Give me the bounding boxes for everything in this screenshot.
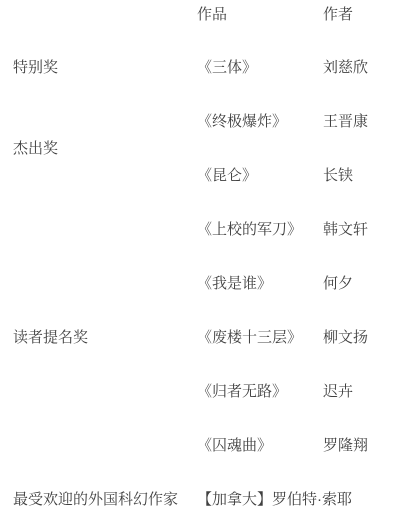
award-label-most-popular-foreign-writer: 最受欢迎的外国科幻作家 <box>0 473 184 527</box>
author-cell: 柳文扬 <box>310 311 405 365</box>
author-cell: 罗隆翔 <box>310 419 405 473</box>
author-cell: 王晋康 <box>310 95 405 149</box>
work-cell: 《昆仑》 <box>184 149 310 203</box>
award-label-outstanding: 杰出奖 <box>0 95 184 203</box>
header-author: 作者 <box>310 0 405 41</box>
table-row: 最受欢迎的外国科幻作家 【加拿大】罗伯特·索耶 <box>0 473 405 527</box>
award-label-reader-nomination: 读者提名奖 <box>0 203 184 473</box>
work-cell: 《囚魂曲》 <box>184 419 310 473</box>
work-cell: 《三体》 <box>184 41 310 95</box>
work-cell: 《终极爆炸》 <box>184 95 310 149</box>
work-cell: 《上校的军刀》 <box>184 203 310 257</box>
table-row: 特别奖 《三体》 刘慈欣 <box>0 41 405 95</box>
header-work: 作品 <box>184 0 310 41</box>
header-award-blank <box>0 0 184 41</box>
work-cell: 《废楼十三层》 <box>184 311 310 365</box>
author-cell: 长铗 <box>310 149 405 203</box>
award-label-special: 特别奖 <box>0 41 184 95</box>
winner-cell: 【加拿大】罗伯特·索耶 <box>184 473 405 527</box>
work-cell: 《我是谁》 <box>184 257 310 311</box>
author-cell: 何夕 <box>310 257 405 311</box>
author-cell: 韩文轩 <box>310 203 405 257</box>
table-row: 读者提名奖 《上校的军刀》 韩文轩 <box>0 203 405 257</box>
work-cell: 《归者无路》 <box>184 365 310 419</box>
table-row: 杰出奖 《终极爆炸》 王晋康 <box>0 95 405 149</box>
author-cell: 迟卉 <box>310 365 405 419</box>
author-cell: 刘慈欣 <box>310 41 405 95</box>
table-header-row: 作品 作者 <box>0 0 405 41</box>
award-table: 作品 作者 特别奖 《三体》 刘慈欣 杰出奖 《终极爆炸》 王晋康 《昆仑》 长… <box>0 0 405 527</box>
